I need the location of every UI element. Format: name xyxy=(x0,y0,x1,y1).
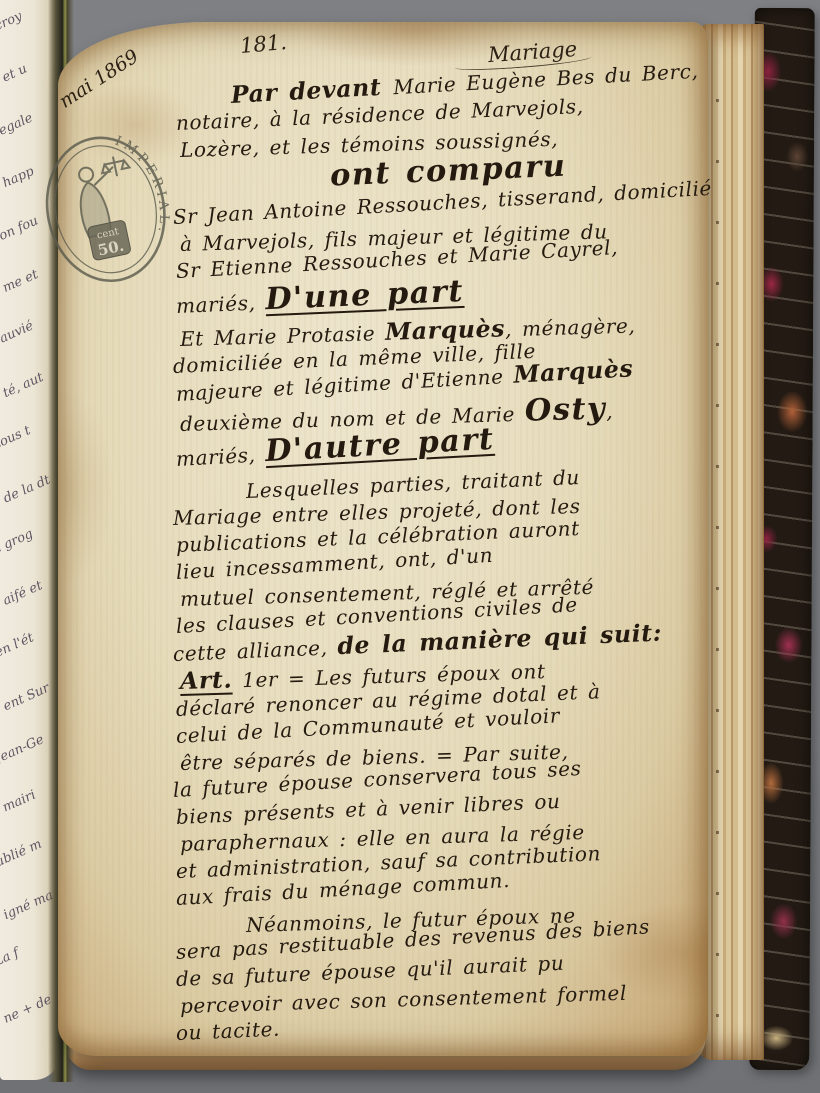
facing-page-text-fragment: me et xyxy=(1,267,41,296)
facing-page-text-fragment: ne + de xyxy=(1,992,54,1027)
facing-page-text-fragment: Jauvié xyxy=(0,318,36,348)
facing-page-text-fragment: de la dt xyxy=(1,473,53,507)
facing-page-text-fragment: tous t xyxy=(0,423,33,452)
deed-text: Par devant Marie Eugène Bes du Berc,nota… xyxy=(176,82,721,1047)
facing-page-text-fragment: ent Sur xyxy=(1,681,52,715)
facing-page-text-fragment: ublié m xyxy=(0,837,44,871)
facing-page-text-fragment: croy xyxy=(0,9,24,34)
facing-page-text-fragment: legale xyxy=(0,111,35,141)
facing-page-text-fragment: et u xyxy=(0,61,29,85)
facing-page-text-fragment: ion fou xyxy=(0,213,41,245)
facing-page-text-fragment: mairi xyxy=(0,788,38,816)
page-number: 181. xyxy=(239,30,288,58)
page-heading-mariage: Mariage xyxy=(487,37,578,67)
facing-page-text-fragment: en l'ét xyxy=(0,630,36,660)
facing-page-text-fragment: Jean-Ge xyxy=(0,732,46,767)
facing-page-text-fragment: t grog xyxy=(0,527,35,557)
facing-page-text-fragment: té, aut xyxy=(1,370,46,401)
photo-of-register-book: croyet ulegalehappion foume etJauviété, … xyxy=(0,0,820,1093)
stamp-value: 50. xyxy=(96,237,125,260)
facing-page-text-fragment: La f xyxy=(0,945,21,969)
facing-page-text-fragment: aifé et xyxy=(1,578,45,609)
manuscript-page: mai 1869 181. Mariage IMPERIAL. xyxy=(58,22,708,1056)
